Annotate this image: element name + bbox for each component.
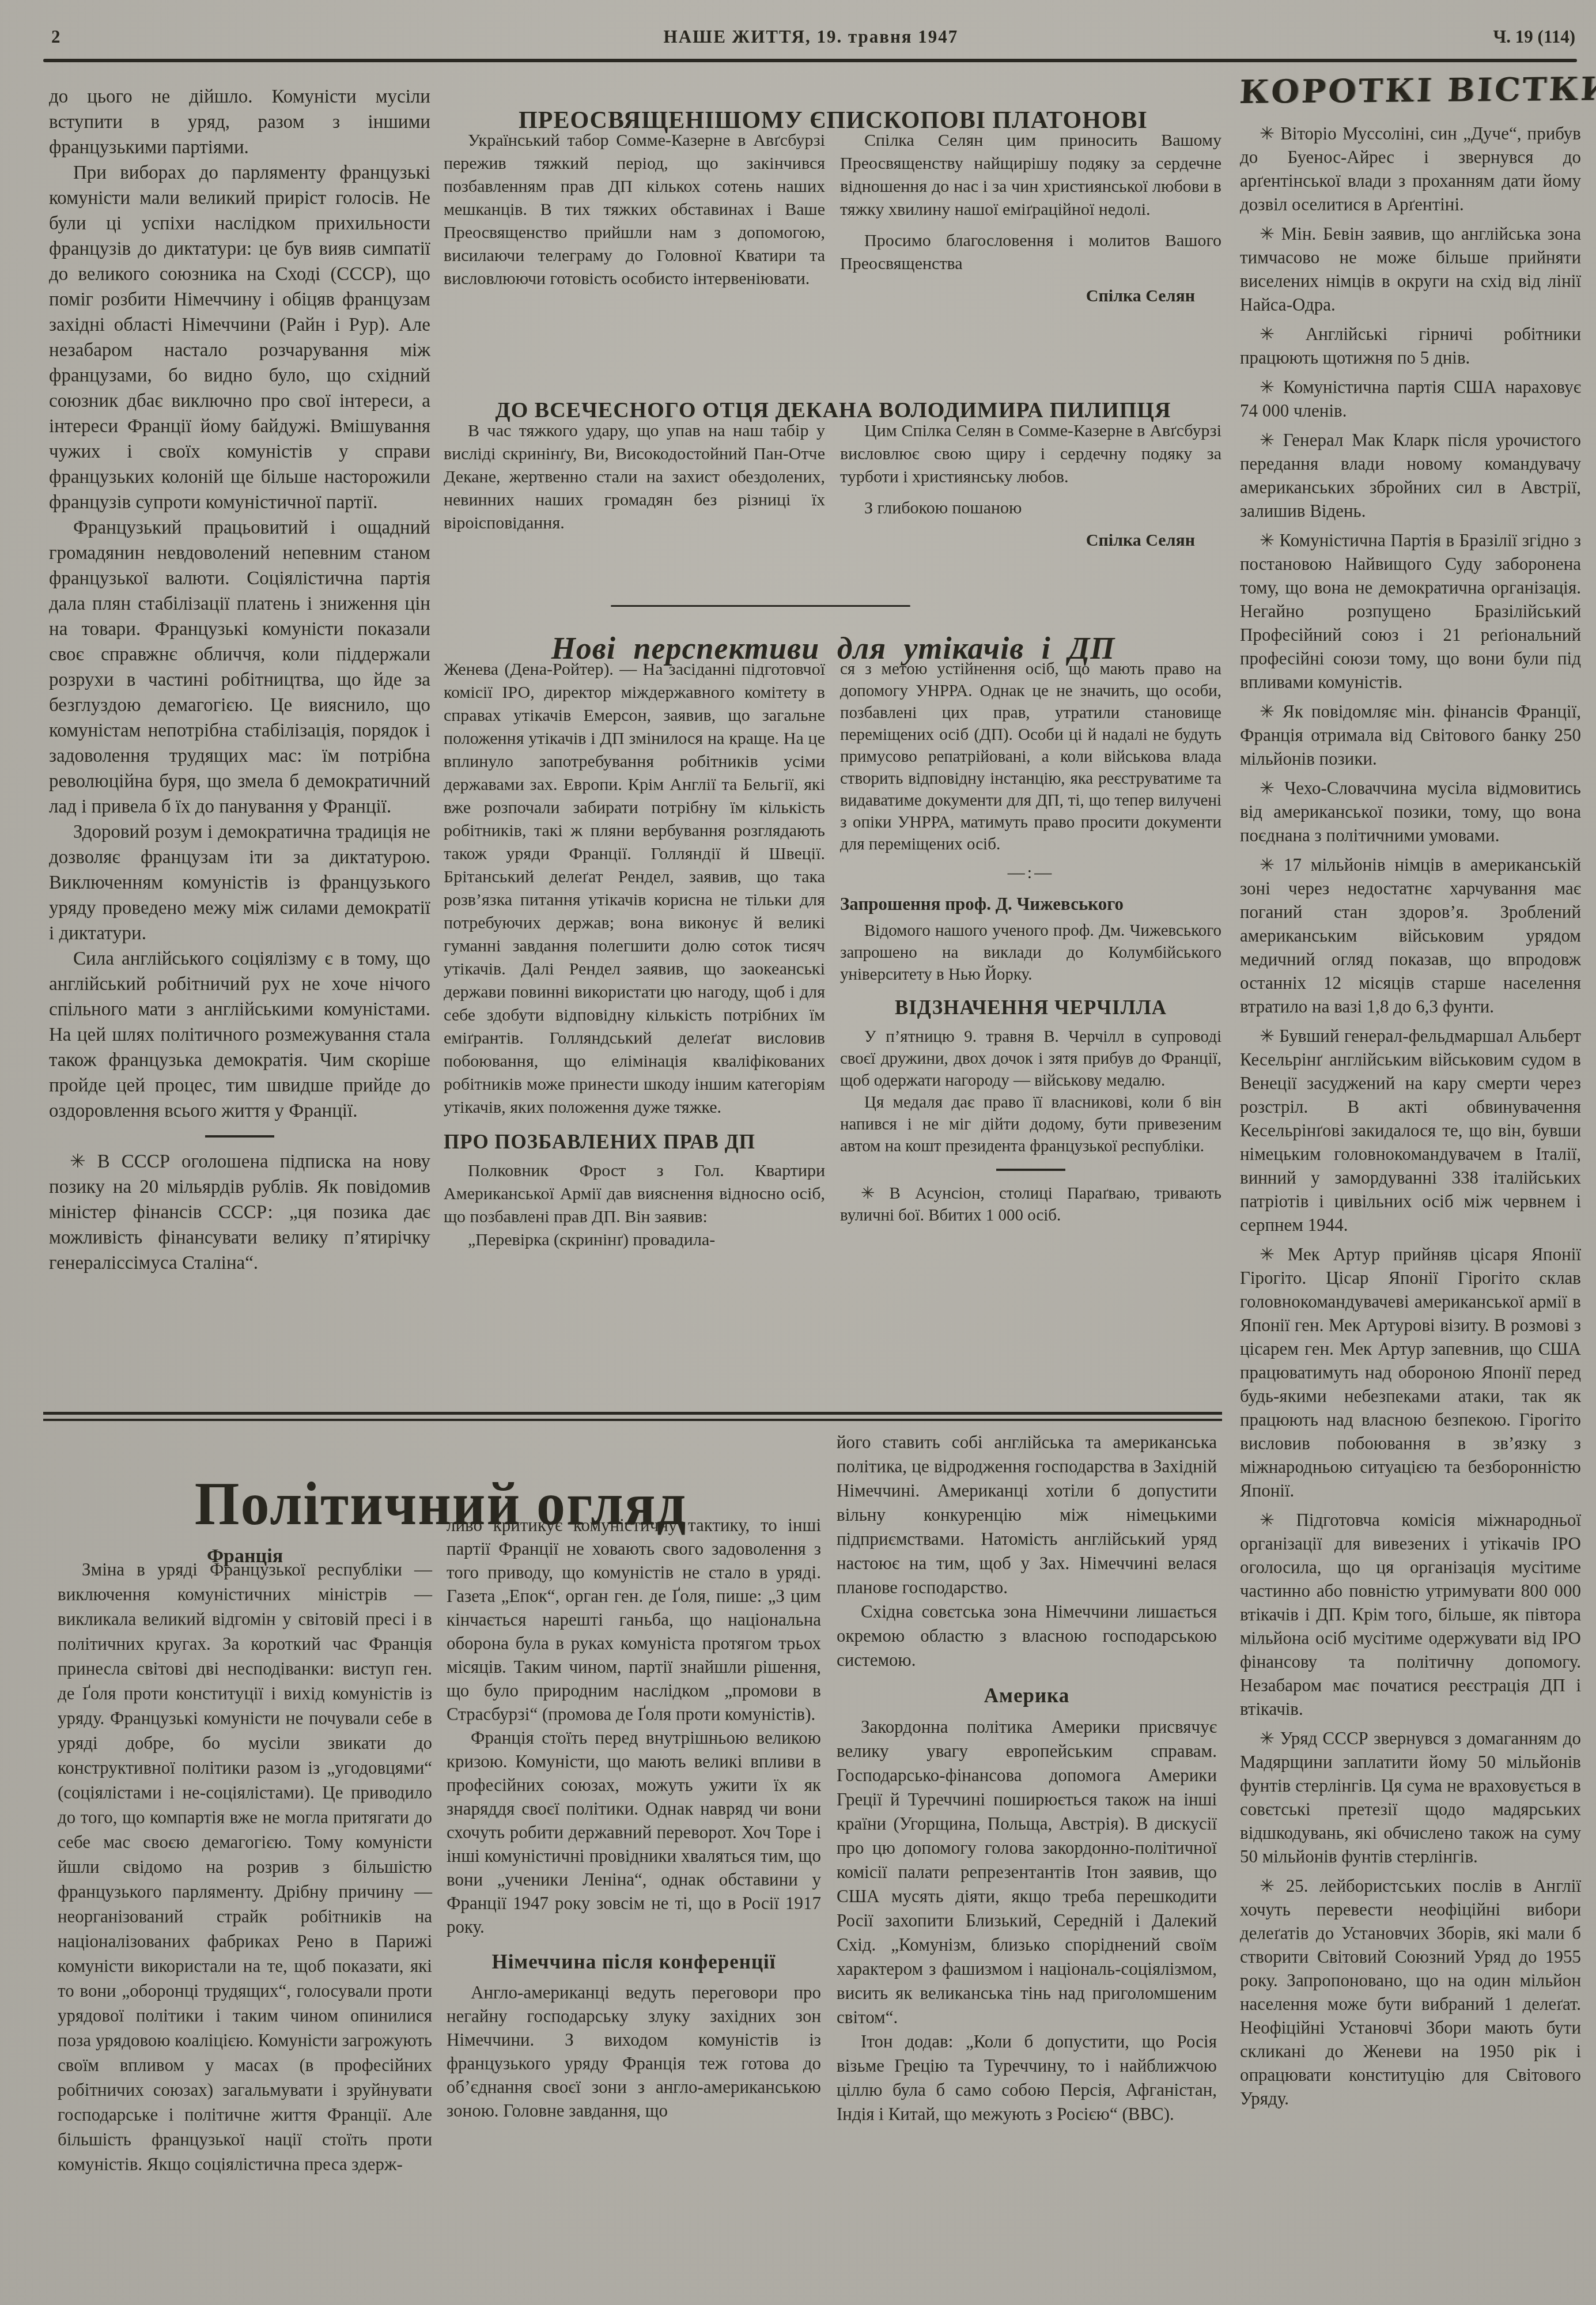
section-double-rule: [43, 1412, 1222, 1421]
america-heading: Америка: [837, 1684, 1217, 1708]
paragraph: „Перевірка (скринінґ) провадила-: [444, 1229, 825, 1252]
short-news-column: КОРОТКІ ВІСТКИ ✳ Віторіо Муссоліні, син …: [1240, 81, 1581, 2116]
paragraph: Цим Спілка Селян в Сомме-Казерне в Авґсб…: [840, 420, 1221, 489]
signature: Спілка Селян: [840, 529, 1221, 552]
paragraph: Полковник Фрост з Гол. Квартири Американ…: [444, 1159, 825, 1229]
bishop-letter-col2: Спілка Селян цим приносить Вашому Преосв…: [840, 129, 1221, 308]
dash-separator: [205, 1135, 274, 1138]
perspectives-col1: Женева (Дена-Ройтер). — На засіданні під…: [444, 658, 825, 1252]
bishop-letter-col1: Український табор Сомме-Казерне в Авґсбу…: [444, 129, 825, 290]
paragraph: Закордонна політика Америки присвячує ве…: [837, 1715, 1217, 2030]
paragraph: Ця медаля дає право її власникові, коли …: [840, 1091, 1221, 1157]
star-news-item: ✳ Комуністична Партія в Бразілії згідно …: [1240, 528, 1581, 694]
paragraph: В час тяжкого удару, що упав на наш табі…: [444, 420, 825, 535]
paragraph: Східна совєтська зона Німеччини лишаєтьс…: [837, 1600, 1217, 1672]
chyzhevsky-heading: Запрошення проф. Д. Чижевського: [840, 893, 1221, 915]
star-news-item: ✳ В Асунсіон, столиці Параґваю, тривають…: [840, 1182, 1221, 1226]
paragraph: Ітон додав: „Коли б допустити, що Росія …: [837, 2030, 1217, 2126]
paragraph: до цього не дійшло. Комуністи мусіли вст…: [49, 84, 430, 160]
paragraph: ливо критикує комуністичну тактику, то і…: [447, 1513, 821, 1726]
star-news-item: ✳ Генерал Мак Кларк після урочистого пер…: [1240, 428, 1581, 523]
perspectives-col2: ся з метою устійнення осіб, що мають пра…: [840, 658, 1221, 1226]
star-news-item: ✳ Мін. Бевін заявив, що англійська зона …: [1240, 222, 1581, 316]
political-review-col1: Зміна в уряді Французької республіки — в…: [58, 1557, 432, 2176]
star-news-item: ✳ Підготовча комісія міжнародньої органі…: [1240, 1508, 1581, 1721]
political-review-col2: ливо критикує комуністичну тактику, то і…: [447, 1513, 821, 2122]
deprived-dp-heading: ПРО ПОЗБАВЛЕНИХ ПРАВ ДП: [444, 1131, 825, 1154]
tapered-rule: [611, 605, 910, 607]
paragraph: Франція стоїть перед внутрішньою великою…: [447, 1726, 821, 1939]
paragraph: Спілка Селян цим приносить Вашому Преосв…: [840, 129, 1221, 221]
paragraph: Зміна в уряді Французької республіки — в…: [58, 1557, 432, 2176]
paragraph: Французький працьовитий і ощадний громад…: [49, 515, 430, 819]
newspaper-page: 2 НАШЕ ЖИТТЯ, 19. травня 1947 Ч. 19 (114…: [0, 0, 1596, 2305]
political-review-col3: його ставить собі англійська та американ…: [837, 1430, 1217, 2126]
paragraph: ся з метою устійнення осіб, що мають пра…: [840, 658, 1221, 855]
germany-heading: Німеччина після конференції: [447, 1950, 821, 1974]
star-news-item: ✳ Англійські гірничі робітники працюють …: [1240, 322, 1581, 369]
star-news-item: ✳ Бувший генерал-фельдмаршал Альберт Кес…: [1240, 1024, 1581, 1237]
dean-letter-col1: В час тяжкого удару, що упав на наш табі…: [444, 420, 825, 535]
page-header: 2 НАШЕ ЖИТТЯ, 19. травня 1947 Ч. 19 (114…: [43, 24, 1579, 54]
paragraph: Відомого нашого ученого проф. Дм. Чижевс…: [840, 920, 1221, 985]
star-news-item: ✳ 25. лейбористських послів в Англії хоч…: [1240, 1874, 1581, 2110]
editorial-column: до цього не дійшло. Комуністи мусіли вст…: [49, 84, 430, 1276]
paragraph: Здоровий розум і демократична традиція н…: [49, 819, 430, 946]
star-news-item: ✳ Віторіо Муссоліні, син „Дуче“, прибув …: [1240, 122, 1581, 216]
short-news-title: КОРОТКІ ВІСТКИ: [1239, 78, 1581, 104]
issue-number: Ч. 19 (114): [1493, 27, 1575, 47]
paragraph: Англо-американці ведуть переговори про н…: [447, 1981, 821, 2122]
churchill-heading: ВІДЗНАЧЕННЯ ЧЕРЧІЛЛА: [840, 997, 1221, 1019]
paragraph: При виборах до парляменту французькі ком…: [49, 160, 430, 515]
star-news-item: ✳ Уряд СССР звернувся з домаганням до Ма…: [1240, 1726, 1581, 1868]
closing-line: З глибокою пошаною: [840, 497, 1221, 520]
paragraph: його ставить собі англійська та американ…: [837, 1430, 1217, 1600]
dash-separator: [996, 1169, 1065, 1171]
star-news-item: ✳ Мек Артур прийняв цісаря Японії Гірогі…: [1240, 1242, 1581, 1502]
dean-letter-col2: Цим Спілка Селян в Сомме-Казерне в Авґсб…: [840, 420, 1221, 552]
star-news-item: ✳ Комуністична партія США нараховує 74 0…: [1240, 375, 1581, 422]
colon-separator: —:—: [840, 862, 1221, 884]
masthead-title: НАШЕ ЖИТТЯ, 19. травня 1947: [43, 27, 1579, 47]
star-news-item: ✳ Як повідомляє мін. фінансів Франції, Ф…: [1240, 700, 1581, 770]
paragraph: Просимо благословення і молитов Вашого П…: [840, 229, 1221, 275]
paragraph: У п’ятницю 9. травня В. Черчілл в супров…: [840, 1026, 1221, 1091]
star-news-item: ✳ В СССР оголошена підписка на нову пози…: [49, 1149, 430, 1276]
paragraph: Сила англійського соціялізму є в тому, щ…: [49, 946, 430, 1124]
paragraph: Український табор Сомме-Казерне в Авґсбу…: [444, 129, 825, 290]
signature: Спілка Селян: [840, 285, 1221, 308]
header-rule: [43, 59, 1577, 62]
paragraph: Женева (Дена-Ройтер). — На засіданні під…: [444, 658, 825, 1119]
star-news-item: ✳ Чехо-Словаччина мусіла відмовитись від…: [1240, 776, 1581, 847]
dean-letter-title: ДО ВСЕЧЕСНОГО ОТЦЯ ДЕКАНА ВОЛОДИМИРА ПИЛ…: [444, 398, 1223, 423]
star-news-item: ✳ 17 мільйонів німців в американській зо…: [1240, 853, 1581, 1018]
